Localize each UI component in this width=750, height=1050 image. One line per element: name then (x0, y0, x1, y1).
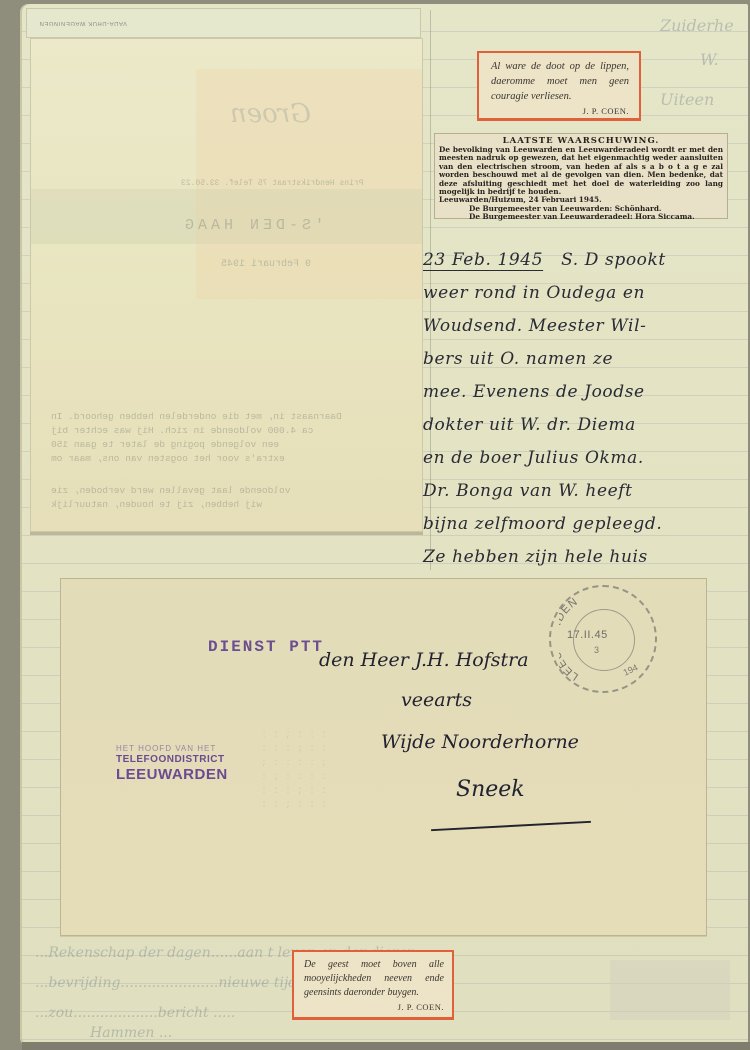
faint-note: W. (700, 50, 719, 69)
entry-line: dokter uit W. dr. Diema (415, 409, 750, 442)
letter-line: ca 4.000 voldoende in zich. Hij was echt… (51, 425, 313, 436)
faint-note: ...zou...................bericht ..... (35, 1005, 235, 1021)
address-line: den Heer J.H. Hofstra (319, 649, 529, 671)
typed-letter: Groen Prins Hendrikstraat 75 Telef. 33.5… (30, 38, 423, 532)
faint-note: Uiteen (660, 90, 714, 109)
quote-author: J. P. COEN. (491, 106, 629, 116)
address-line: Sneek (456, 777, 525, 802)
entry-line: mee. Evenens de Joodse (415, 376, 750, 409)
faint-note: Zuiderhe (660, 16, 734, 35)
sender-stamp: HET HOOFD VAN HET TELEFOONDISTRICT LEEUW… (116, 744, 228, 783)
printer-mark: VADA-DRUK WAGENINGEN (39, 20, 127, 26)
entry-line: bers uit O. namen ze (415, 343, 750, 376)
warning-signatory: De Burgemeester van Leeuwarderadeel: Hor… (439, 213, 723, 221)
coen-quote-clipping: De geest moet boven alle mooyelijckheden… (292, 950, 454, 1020)
warning-body: De bevolking van Leeuwarden en Leeuwarde… (439, 146, 723, 196)
letter-city: 'S-DEN HAAG (181, 217, 324, 234)
postmark-date: 17.II.45 (567, 629, 608, 641)
signature-mirrored: Groen (201, 99, 311, 159)
entry-line: bijna zelfmoord gepleegd. (415, 508, 750, 541)
letter-header: Prins Hendrikstraat 75 Telef. 33.50.23 (181, 179, 363, 188)
faint-note: Hammen ... (90, 1025, 172, 1041)
address-underline (431, 821, 591, 831)
postmark: LEEUWARDEN 17.II.45 3 194 (549, 585, 657, 693)
letter-line: voldoende laat gevallen werd verboden, z… (51, 485, 290, 496)
warning-clipping: LAATSTE WAARSCHUWING. De bevolking van L… (434, 133, 728, 219)
quote-text: De geest moet boven alle mooyelijckheden… (304, 958, 444, 1000)
postmark-hour: 3 (594, 645, 599, 655)
address-line: Wijde Noorderhorne (381, 731, 579, 753)
entry-line: en de boer Julius Okma. (415, 442, 750, 475)
entry-line: S. D spookt (561, 250, 666, 270)
entry-line: Ze hebben zijn hele huis (415, 541, 750, 574)
page-edge (22, 1042, 750, 1050)
quote-author: J. P. COEN. (304, 1002, 444, 1012)
entry-line: Woudsend. Meester Wil- (415, 310, 750, 343)
coen-quote-clipping: Al ware de doot op de lippen, daeromme m… (477, 51, 641, 121)
paper-scrap (610, 960, 730, 1020)
letter-line: Daarnaast in, met die onderdelen hebben … (51, 411, 342, 422)
postmark-city: LEEUWARDEN (559, 595, 651, 687)
letter-date: 9 Februari 1945 (221, 259, 311, 270)
letter-line: een volgende poging de later te gaan 150 (51, 439, 279, 450)
scrapbook-page: Zuiderhe W. Uiteen VADA-DRUK WAGENINGEN … (0, 0, 750, 1050)
envelope: : : ; : : : : : : ; : : ; : : : : ; : ; … (60, 578, 707, 936)
letter-line: wij hebben, zij te houden, natuurlijk (51, 499, 262, 510)
entry-line: Dr. Bonga van W. heeft (415, 475, 750, 508)
entry-line: weer rond in Oudega en (415, 277, 750, 310)
address-line: veearts (401, 689, 472, 711)
service-stamp: DIENST PTT (208, 638, 324, 656)
letter-line: extra's voor het oogsten van ons, maar o… (51, 453, 285, 464)
quote-text: Al ware de doot op de lippen, daeromme m… (491, 59, 629, 104)
faint-note: ...bevrijding......................nieuw… (35, 975, 315, 991)
letter-fold: VADA-DRUK WAGENINGEN (26, 8, 421, 38)
entry-date: 23 Feb. 1945 (423, 250, 543, 270)
